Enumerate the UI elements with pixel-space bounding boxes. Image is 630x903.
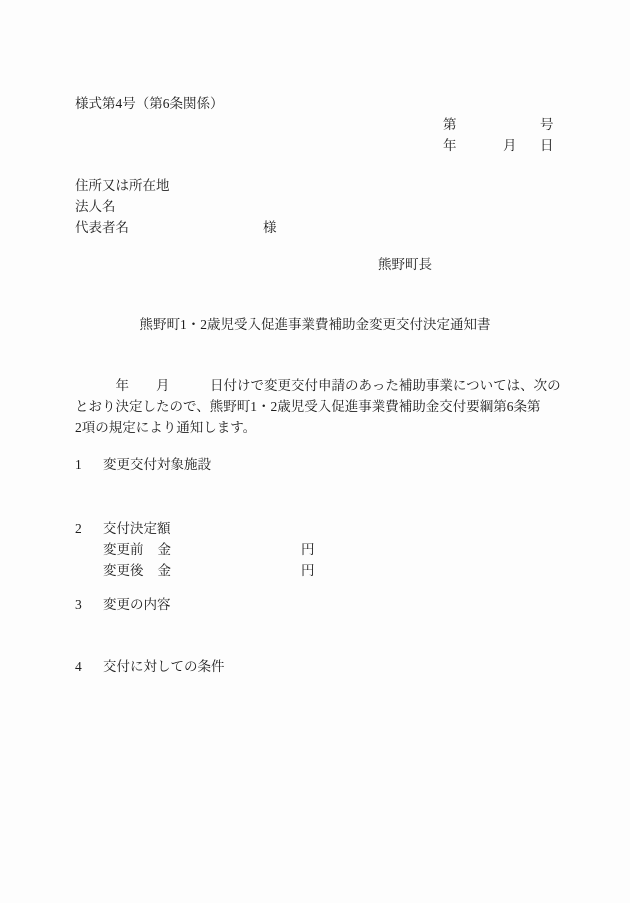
body-line-3: 2項の規定により通知します。 xyxy=(75,420,256,436)
amount-after-label: 変更後 xyxy=(103,563,144,578)
recipient-corporate-name-label: 法人名 xyxy=(75,199,116,215)
body-line-2: とおり決定したので、熊野町1・2歳児受入促進事業費補助金交付要綱第6条第 xyxy=(75,399,540,415)
amount-before-row: 変更前金円 xyxy=(103,542,315,558)
amount-before-currency-suffix: 円 xyxy=(301,542,315,557)
date-month-label: 月 xyxy=(503,138,517,154)
item-4-number: 4 xyxy=(75,659,103,675)
amount-before-currency-prefix: 金 xyxy=(158,542,172,557)
amount-after-row: 変更後金円 xyxy=(103,563,315,579)
item-2-number: 2 xyxy=(75,521,103,537)
document-title: 熊野町1・2歳児受入促進事業費補助金変更交付決定通知書 xyxy=(0,317,630,333)
form-number: 様式第4号（第6条関係） xyxy=(75,96,224,112)
item-1-label: 変更交付対象施設 xyxy=(103,457,211,472)
item-3: 3変更の内容 xyxy=(75,597,171,613)
date-day-label: 日 xyxy=(540,138,554,154)
recipient-address-label: 住所又は所在地 xyxy=(75,178,170,194)
amount-after-currency-prefix: 金 xyxy=(158,563,172,578)
item-3-number: 3 xyxy=(75,597,103,613)
item-2-label: 交付決定額 xyxy=(103,521,171,536)
item-4-label: 交付に対しての条件 xyxy=(103,659,225,674)
document-number-suffix: 号 xyxy=(540,117,554,133)
body-line-1: 年 月 日付けで変更交付申請のあった補助事業については、次の xyxy=(75,378,561,394)
item-2: 2交付決定額 xyxy=(75,521,171,537)
amount-before-label: 変更前 xyxy=(103,542,144,557)
recipient-honorific: 様 xyxy=(263,220,277,236)
item-3-label: 変更の内容 xyxy=(103,597,171,612)
amount-after-currency-suffix: 円 xyxy=(301,563,315,578)
item-1-number: 1 xyxy=(75,457,103,473)
sender-name: 熊野町長 xyxy=(378,257,432,273)
date-year-label: 年 xyxy=(443,138,457,154)
item-1: 1変更交付対象施設 xyxy=(75,457,211,473)
item-4: 4交付に対しての条件 xyxy=(75,659,225,675)
document-number-prefix: 第 xyxy=(443,117,457,133)
document-page: 様式第4号（第6条関係） 第 号 年 月 日 住所又は所在地 法人名 代表者名 … xyxy=(0,0,630,903)
recipient-representative-label: 代表者名 xyxy=(75,220,129,236)
